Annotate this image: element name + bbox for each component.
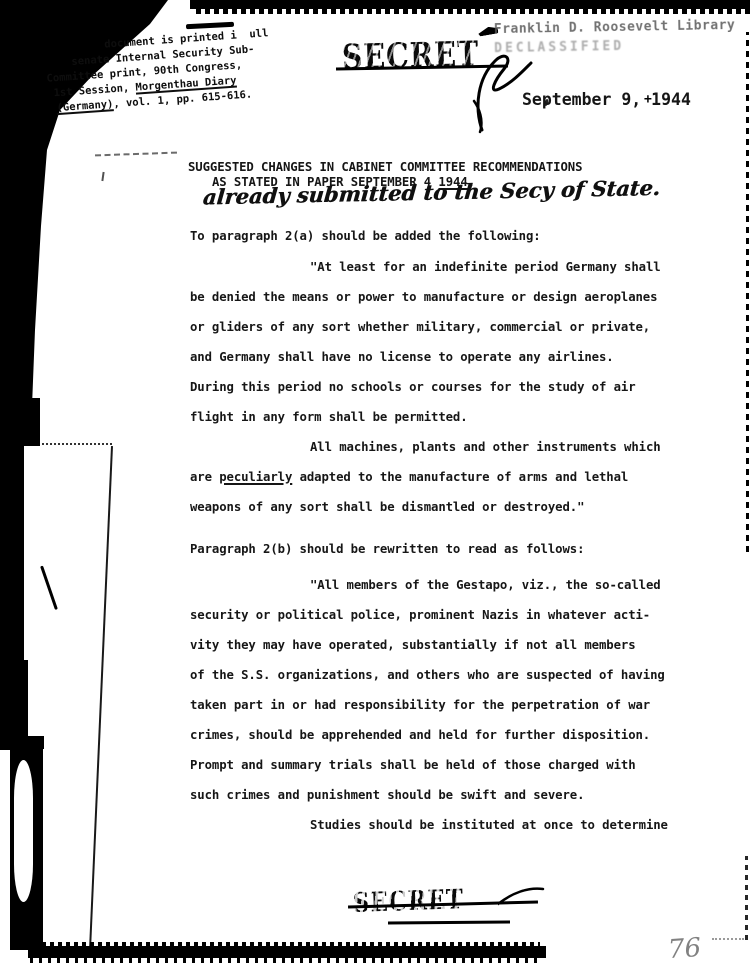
scan-left-blotch — [8, 398, 40, 446]
scan-left-edge — [0, 425, 24, 665]
document-date: September 9, 1944 — [522, 90, 691, 109]
pencil-dashes — [712, 938, 744, 940]
body-line: weapons of any sort shall be dismantled … — [190, 492, 690, 522]
body-line: security or political police, prominent … — [190, 600, 690, 630]
body-line: be denied the means or power to manufact… — [190, 282, 690, 312]
body-line: crimes, should be apprehended and held f… — [190, 720, 690, 750]
stamp-strikethrough — [388, 920, 510, 924]
scan-top-edge-fringe — [196, 9, 750, 14]
body-line: vity they may have operated, substantial… — [190, 630, 690, 660]
body-line: During this period no schools or courses… — [190, 372, 690, 402]
scan-bottom-edge — [28, 946, 546, 958]
scan-top-edge — [190, 0, 750, 9]
secret-stamp-bottom: SECRET — [350, 886, 467, 915]
page-fold-crease — [89, 446, 113, 949]
title-line-1: SUGGESTED CHANGES IN CABINET COMMITTEE R… — [188, 160, 582, 174]
page-number: 76 — [667, 933, 702, 965]
body-line: flight in any form shall be permitted. — [190, 402, 690, 432]
citation-note: document is printed i ullsenate Internal… — [42, 25, 297, 117]
scan-left-edge-gap — [14, 760, 33, 902]
body-line: "All members of the Gestapo, viz., the s… — [190, 570, 690, 600]
body-line: or gliders of any sort whether military,… — [190, 312, 690, 342]
body-line: Studies should be instituted at once to … — [190, 810, 690, 840]
body-line: Prompt and summary trials shall be held … — [190, 750, 690, 780]
secret-stamp-text: SECRET — [341, 34, 479, 77]
page-fold-crease-top — [42, 443, 112, 445]
secret-stamp-text: SECRET — [352, 882, 464, 918]
body-line: Paragraph 2(b) should be rewritten to re… — [190, 534, 690, 564]
pencil-tick — [101, 172, 104, 181]
body-line: such crimes and punishment should be swi… — [190, 780, 690, 810]
body-line: "At least for an indefinite period Germa… — [190, 252, 690, 282]
body-line: taken part in or had responsibility for … — [190, 690, 690, 720]
scan-bottom-fringe — [34, 942, 540, 946]
body-line: All machines, plants and other instrumen… — [190, 432, 690, 462]
scanned-document-page: + document is printed i ullsenate Intern… — [0, 0, 750, 972]
library-stamp-name: Franklin D. Roosevelt Library — [494, 18, 736, 37]
pencil-dashes — [95, 152, 177, 157]
intro-line: To paragraph 2(a) should be added the fo… — [190, 229, 541, 243]
body-line: and Germany shall have no license to ope… — [190, 342, 690, 372]
pen-mark — [40, 566, 58, 610]
body-line: are peculiarly adapted to the manufactur… — [190, 462, 690, 492]
scan-right-edge — [746, 32, 749, 552]
stamp-strike-curve — [498, 884, 546, 908]
scan-bottom-fringe — [30, 958, 542, 963]
document-body: "At least for an indefinite period Germa… — [190, 252, 690, 840]
scan-right-edge — [745, 856, 748, 940]
body-line: of the S.S. organizations, and others wh… — [190, 660, 690, 690]
